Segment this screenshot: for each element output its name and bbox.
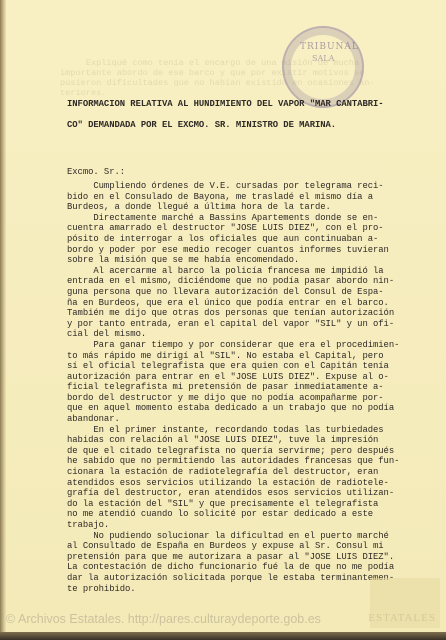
document-title: INFORMACION RELATIVA AL HUNDIMIENTO DEL … <box>67 94 384 136</box>
page-bottom-edge <box>0 632 446 640</box>
body-line: te prohibido. <box>67 584 136 594</box>
body-line: que en aquel momento estaba dedicado a u… <box>67 403 394 413</box>
body-line: autorización para entrar en el "JOSE LUI… <box>67 372 389 382</box>
body-line: Directamente marché a Bassins Apartement… <box>67 213 378 223</box>
body-line: trabajo. <box>67 520 109 530</box>
body-line: atendidos esos servicios utilizando la e… <box>67 478 389 488</box>
body-line: bordo y poder por ese medio recoger cuan… <box>67 245 389 255</box>
body-line: También me dijo que otras dos personas q… <box>67 308 394 318</box>
body-line: entrada en el mismo, diciéndome que no p… <box>67 276 394 286</box>
body-line: grafía del destructor, eran atendidos es… <box>67 488 394 498</box>
stamp-subtext: SALA <box>312 54 334 63</box>
document-page: Expliqué como tenía el encargo de una mi… <box>0 0 446 632</box>
body-line: No pudiendo solucionar la dificultad en … <box>67 531 389 541</box>
salutation: Excmo. Sr.: <box>67 167 125 177</box>
title-line: CO" DEMANDADA POR EL EXCMO. SR. MINISTRO… <box>67 120 336 130</box>
body-line: guna persona que no llevara autorización… <box>67 287 384 297</box>
body-line: bordo del destructor y me dijo que no po… <box>67 393 384 403</box>
body-line: Al acercarme al barco la policía frances… <box>67 266 384 276</box>
body-line: cionara la estación de radiotelegrafía d… <box>67 467 378 477</box>
body-line: y por tanto entrada, eran el capital del… <box>67 319 394 329</box>
body-line: cial del mismo. <box>67 329 146 339</box>
body-line: de que el citado telegrafista no quería … <box>67 446 394 456</box>
body-line: sobre la misión que se me había encomend… <box>67 255 299 265</box>
body-line: En el primer instante, recordando todas … <box>67 425 384 435</box>
stamp-text: TRIBUNAL <box>300 42 359 52</box>
body-line: cuentra amarrado el destructor "JOSE LUI… <box>67 223 384 233</box>
body-line: pósito de interrogar a los oficiales que… <box>67 234 378 244</box>
body-line: La contestación de dicho funcionario fué… <box>67 562 394 572</box>
body-line: habidas con relación al "JOSE LUIS DIEZ"… <box>67 435 378 445</box>
body-line: abandonar. <box>67 414 120 424</box>
body-line: bido en el Consulado de Bayona, me trasl… <box>67 192 373 202</box>
body-line: do la estación del "SIL" y que precisame… <box>67 499 378 509</box>
body-line: Para ganar tiempo y por considerar que e… <box>67 340 399 350</box>
body-line: he sabido que no permitiendo las autorid… <box>67 456 399 466</box>
body-line: to más rápido me dirigí al "SIL". No est… <box>67 351 384 361</box>
document-body: Cumpliendo órdenes de V.E. cursadas por … <box>67 181 399 594</box>
body-line: al Consultado de España en Burdeos y exp… <box>67 541 384 551</box>
title-line: INFORMACION RELATIVA AL HUNDIMIENTO DEL … <box>67 99 384 109</box>
archive-logo-text: ESTATALES <box>368 612 436 624</box>
bleed-through-text: Expliqué como tenía el encargo de una mi… <box>60 58 420 98</box>
copyright-watermark: © Archivos Estatales. http://pares.cultu… <box>6 612 321 626</box>
body-line: Burdeos, a donde llegué a última hora de… <box>67 202 331 212</box>
body-line: ña en Burdeos, que era el único que podí… <box>67 298 389 308</box>
body-line: sí el oficial telegrafista que era quien… <box>67 361 389 371</box>
page-edge-shadow <box>0 0 6 632</box>
body-line: no me atendió cuando lo solicité por est… <box>67 509 373 519</box>
body-line: dar la autorización solicitada porque le… <box>67 573 394 583</box>
body-line: ficial telegrafista mi pretensión de pas… <box>67 382 384 392</box>
body-line: Cumpliendo órdenes de V.E. cursadas por … <box>67 181 384 191</box>
body-line: pretensión para que me autorizara a pasa… <box>67 552 394 562</box>
